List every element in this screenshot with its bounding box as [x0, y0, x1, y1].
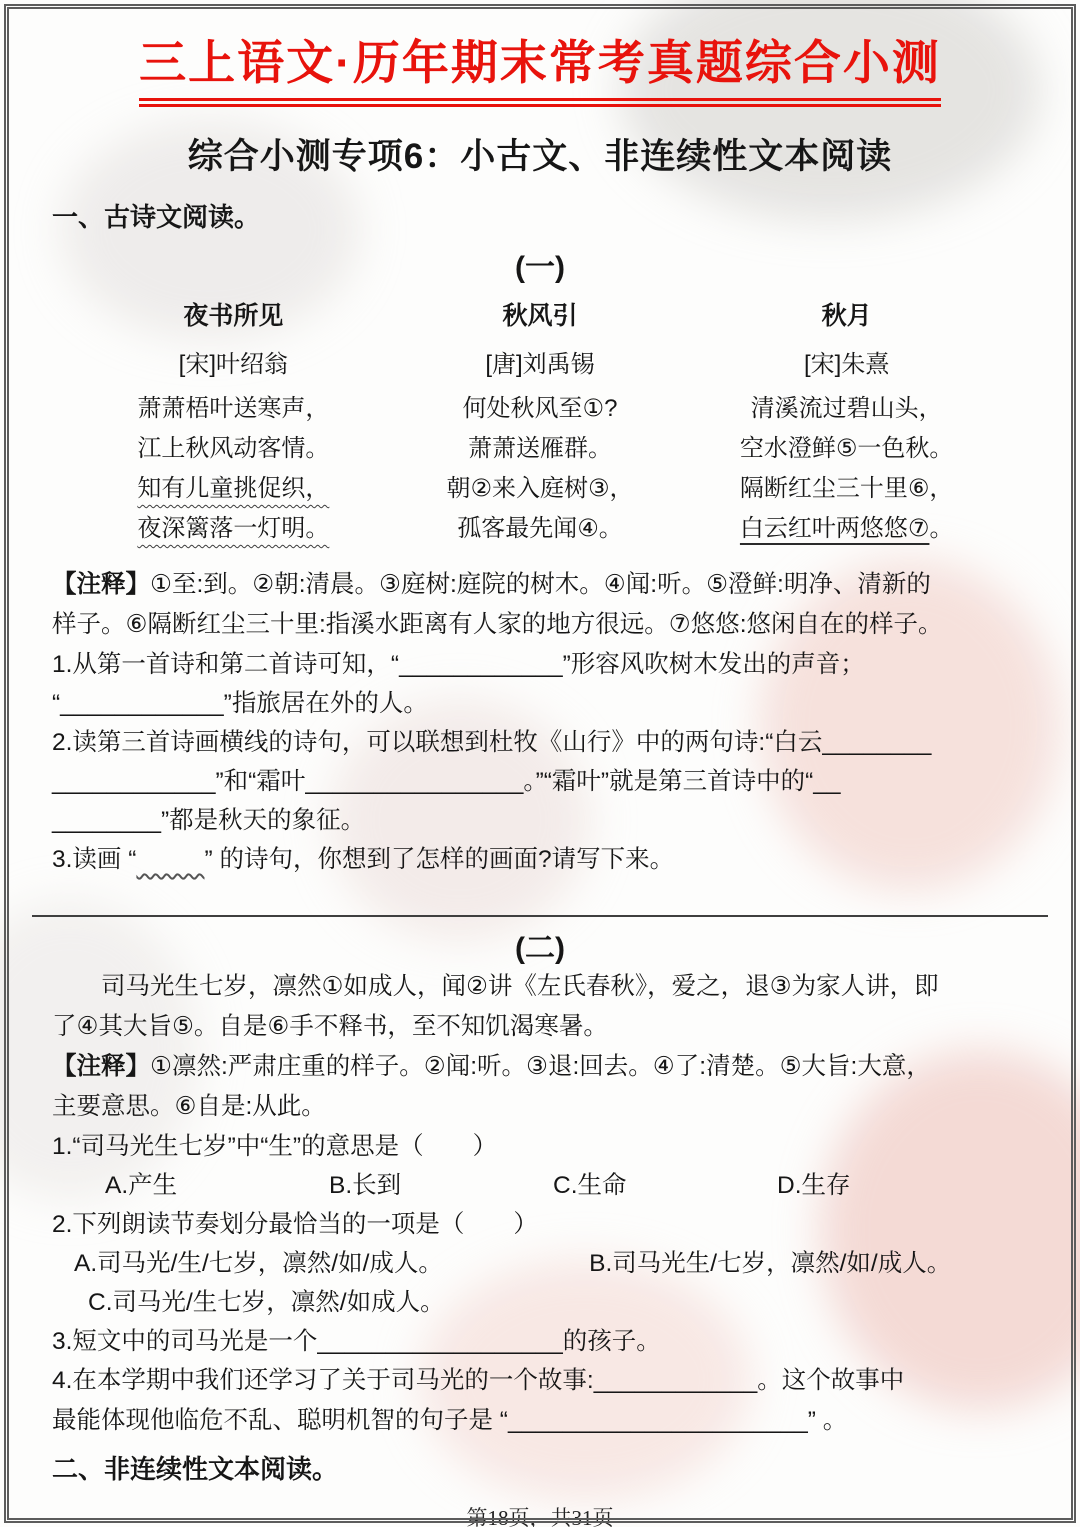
section2-question-2-options-row: A.司马光/生/七岁，凛然/如/成人。 B.司马光生/七岁，凛然/如/成人。	[52, 1244, 1028, 1283]
poem-line: 孤客最先闻④。	[387, 509, 694, 549]
page-subtitle: 综合小测专项6：小古文、非连续性文本阅读	[52, 129, 1028, 179]
notes-line: 样子。⑥隔断红尘三十里:指溪水距离有人家的地方很远。⑦悠悠:悠闲自在的样子。	[52, 605, 1028, 645]
poem-qiuyue: 秋月 [宋]朱熹 清溪流过碧山头， 空水澄鲜⑤一色秋。 隔断红尘三十里⑥， 白云…	[693, 296, 1000, 549]
poem-title: 夜书所见	[80, 296, 387, 332]
section2-question-1: 1.“司马光生七岁”中“生”的意思是（ ）	[52, 1127, 1028, 1166]
section1-notes: 【注释】①至:到。②朝:清晨。③庭树:庭院的树木。④闻:听。⑤澄鲜:明净、清新的…	[52, 565, 1028, 645]
poem-title: 秋月	[693, 296, 1000, 332]
poem-qiufengyin: 秋风引 [唐]刘禹锡 何处秋风至①? 萧萧送雁群。 朝②来入庭树③， 孤客最先闻…	[387, 296, 694, 549]
section2-question-2: 2.下列朗读节奏划分最恰当的一项是（ ）	[52, 1205, 1028, 1244]
poem-line: 朝②来入庭树③，	[387, 469, 694, 509]
passage-line: 司马光生七岁，凛然①如成人，闻②讲《左氏春秋》，爱之，退③为家人讲，即	[52, 967, 1028, 1007]
section2-question-4: 4.在本学期中我们还学习了关于司马光的一个故事:____________。这个故…	[52, 1361, 1028, 1441]
poem-line: 白云红叶两悠悠⑦。	[693, 509, 1000, 549]
section1-question-3: 3.读画 “” 的诗句，你想到了怎样的画面?请写下来。	[52, 840, 1028, 879]
poem-line: 夜深篱落一灯明。	[80, 509, 387, 549]
poem-author: [唐]刘禹锡	[387, 344, 694, 379]
part2-label: (二)	[52, 923, 1028, 967]
option-b: B.司马光生/七岁，凛然/如/成人。	[589, 1244, 1028, 1283]
question-line: 2.读第三首诗画横线的诗句，可以联想到杜牧《山行》中的两句诗:“白云______…	[52, 723, 1028, 762]
poem-line: 隔断红尘三十里⑥，	[693, 469, 1000, 509]
section2-passage: 司马光生七岁，凛然①如成人，闻②讲《左氏春秋》，爱之，退③为家人讲，即 了④其大…	[52, 967, 1028, 1047]
option-b: B.长到	[329, 1166, 553, 1205]
question-line: ____________”和“霜叶________________。”“霜叶”就…	[52, 762, 1028, 801]
notes-line: 【注释】①至:到。②朝:清晨。③庭树:庭院的树木。④闻:听。⑤澄鲜:明净、清新的	[52, 565, 1028, 605]
title-row: 三上语文·历年期末常考真题综合小测	[52, 26, 1028, 107]
page-content: 三上语文·历年期末常考真题综合小测 综合小测专项6：小古文、非连续性文本阅读 一…	[0, 26, 1080, 1527]
poem-line: 清溪流过碧山头，	[693, 389, 1000, 429]
section2-notes: 【注释】①凛然:严肃庄重的样子。②闻:听。③退:回去。④了:清楚。⑤大旨:大意，…	[52, 1047, 1028, 1127]
poem-yeshusuojian: 夜书所见 [宋]叶绍翁 萧萧梧叶送寒声， 江上秋风动客情。 知有儿童挑促织， 夜…	[80, 296, 387, 549]
option-a: A.产生	[105, 1166, 329, 1205]
page-number: 第18页，共31页	[52, 1502, 1028, 1527]
poem-line: 空水澄鲜⑤一色秋。	[693, 429, 1000, 469]
notes-label: 【注释】	[52, 571, 150, 598]
section2-heading: 二、非连续性文本阅读。	[52, 1449, 1028, 1486]
section1-heading: 一、古诗文阅读。	[52, 197, 1028, 234]
worksheet-page: 三上语文·历年期末常考真题综合小测 综合小测专项6：小古文、非连续性文本阅读 一…	[0, 0, 1080, 1527]
page-title: 三上语文·历年期末常考真题综合小测	[139, 26, 941, 107]
question-line: ________”都是秋天的象征。	[52, 801, 1028, 840]
answer-line	[32, 879, 1048, 917]
poem-author: [宋]朱熹	[693, 344, 1000, 379]
section2-question-3: 3.短文中的司马光是一个__________________的孩子。	[52, 1322, 1028, 1361]
section1-question-1: 1.从第一首诗和第二首诗可知，“____________”形容风吹树木发出的声音…	[52, 645, 1028, 723]
poem-title: 秋风引	[387, 296, 694, 332]
poem-line: 萧萧送雁群。	[387, 429, 694, 469]
poem-line: 何处秋风至①?	[387, 389, 694, 429]
option-a: A.司马光/生/七岁，凛然/如/成人。	[74, 1244, 589, 1283]
notes-label: 【注释】	[52, 1053, 150, 1080]
section2-question-1-options: A.产生 B.长到 C.生命 D.生存	[52, 1166, 1028, 1205]
question-line: 4.在本学期中我们还学习了关于司马光的一个故事:____________。这个故…	[52, 1361, 1028, 1401]
option-c: C.司马光/生七岁，凛然/如成人。	[52, 1283, 1028, 1322]
question-line: “____________”指旅居在外的人。	[52, 684, 1028, 723]
question-line: 最能体现他临危不乱、聪明机智的句子是 “____________________…	[52, 1401, 1028, 1441]
notes-line: 主要意思。⑥自是:从此。	[52, 1087, 1028, 1127]
poem-line: 萧萧梧叶送寒声，	[80, 389, 387, 429]
passage-line: 了④其大旨⑤。自是⑥手不释书，至不知饥渴寒暑。	[52, 1007, 1028, 1047]
option-d: D.生存	[777, 1166, 1001, 1205]
option-c: C.生命	[553, 1166, 777, 1205]
poem-line: 知有儿童挑促织，	[80, 469, 387, 509]
section1-question-2: 2.读第三首诗画横线的诗句，可以联想到杜牧《山行》中的两句诗:“白云______…	[52, 723, 1028, 840]
poem-author: [宋]叶绍翁	[80, 344, 387, 379]
wavy-blank	[136, 846, 204, 873]
part1-label: (一)	[52, 242, 1028, 286]
notes-line: 【注释】①凛然:严肃庄重的样子。②闻:听。③退:回去。④了:清楚。⑤大旨:大意，	[52, 1047, 1028, 1087]
question-line: 1.从第一首诗和第二首诗可知，“____________”形容风吹树木发出的声音…	[52, 645, 1028, 684]
poem-line: 江上秋风动客情。	[80, 429, 387, 469]
poems-grid: 夜书所见 [宋]叶绍翁 萧萧梧叶送寒声， 江上秋风动客情。 知有儿童挑促织， 夜…	[52, 296, 1028, 549]
